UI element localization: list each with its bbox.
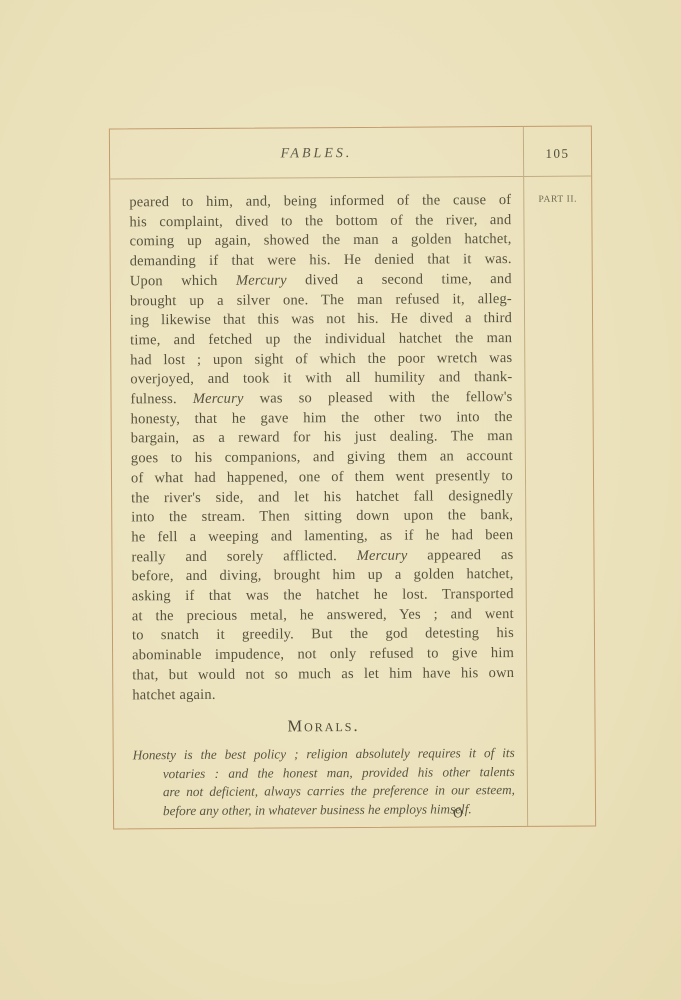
- body-line: bargain, as a reward for his just dealin…: [131, 427, 513, 449]
- body-line: of what had happened, one of them went p…: [131, 467, 513, 489]
- body-line: to snatch it greedily. But the god detes…: [132, 624, 514, 646]
- margin-column: PART II.: [523, 177, 595, 826]
- body-line: brought up a silver one. The man refused…: [130, 290, 512, 312]
- running-title: FABLES.: [110, 127, 523, 180]
- body-line: asking if that was the hatchet he lost. …: [132, 585, 514, 607]
- main-text-column: peared to him, and, being informed of th…: [110, 177, 527, 829]
- body-line: into the stream. Then sitting down upon …: [131, 506, 513, 528]
- moral-line: votaries : and the honest man, provided …: [133, 763, 515, 784]
- body-line: he fell a weeping and lamenting, as if h…: [131, 526, 513, 548]
- moral-line: are not deficient, always carries the pr…: [133, 781, 515, 802]
- body-line: peared to him, and, being informed of th…: [129, 191, 511, 213]
- body-line: the river's side, and let his hatchet fa…: [131, 487, 513, 509]
- body-line: had lost ; upon sight of which the poor …: [130, 349, 512, 371]
- body-line: demanding if that were his. He denied th…: [130, 250, 512, 272]
- body-line: time, and fetched up the individual hatc…: [130, 329, 512, 351]
- moral-line: Honesty is the best policy ; religion ab…: [133, 744, 515, 765]
- body-line: abominable impudence, not only refused t…: [132, 644, 514, 666]
- body-line: Upon which Mercury dived a second time, …: [130, 270, 512, 292]
- body-line: honesty, that he gave him the other two …: [131, 408, 513, 430]
- body-line: at the precious metal, he answered, Yes …: [132, 605, 514, 627]
- body-line: hatchet again.: [132, 684, 514, 706]
- body-line: before, and diving, brought him up a gol…: [132, 565, 514, 587]
- body-line: that, but would not so much as let him h…: [132, 664, 514, 686]
- body-line: overjoyed, and took it with all humility…: [130, 368, 512, 390]
- morals-heading: Morals.: [132, 715, 514, 737]
- scanned-book-page: FABLES. 105 peared to him, and, being in…: [0, 0, 681, 1000]
- body-line: really and sorely afflicted. Mercury app…: [131, 546, 513, 568]
- part-label: PART II.: [524, 195, 591, 205]
- page-number: 105: [523, 127, 591, 177]
- body-line: goes to his companions, and giving them …: [131, 447, 513, 469]
- body-line: coming up again, showed the man a golden…: [130, 230, 512, 252]
- page-border-frame: FABLES. 105 peared to him, and, being in…: [109, 126, 596, 830]
- body-line: his complaint, dived to the bottom of th…: [129, 211, 511, 233]
- body-line: fulness. Mercury was so pleased with the…: [130, 388, 512, 410]
- fable-body: peared to him, and, being informed of th…: [129, 191, 514, 706]
- body-line: ing likewise that this was not his. He d…: [130, 309, 512, 331]
